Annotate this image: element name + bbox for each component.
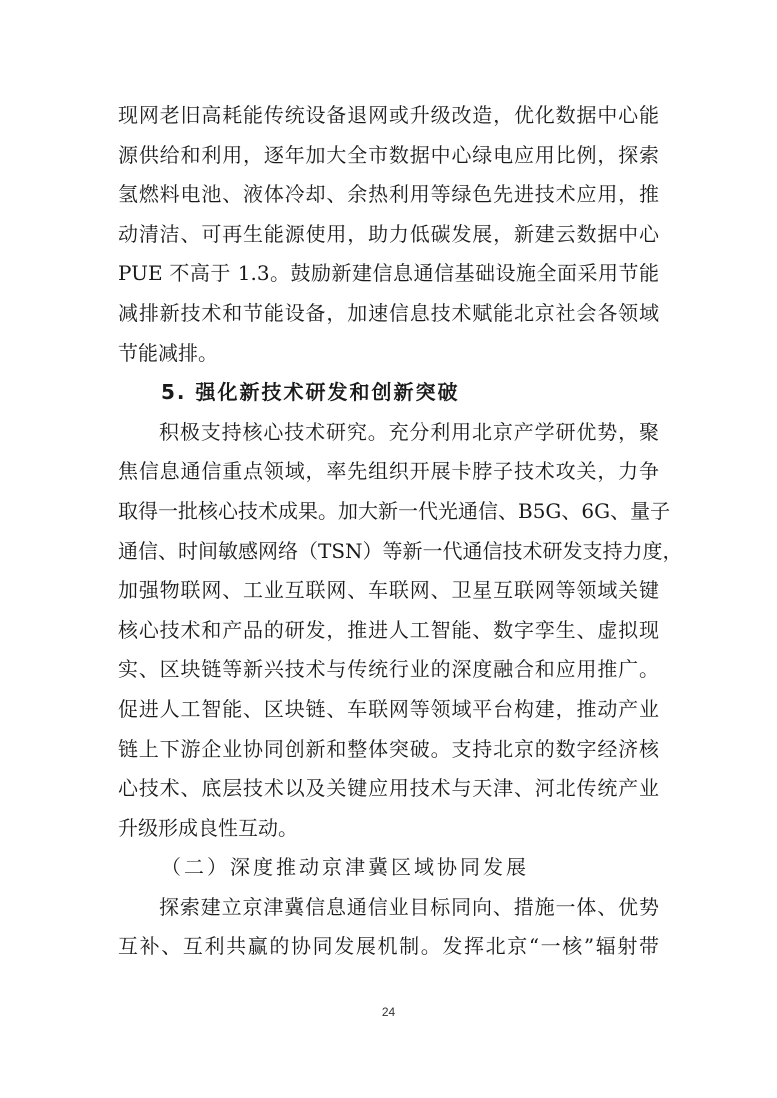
document-page: 现网老旧高耗能传统设备退网或升级改造，优化数据中心能 源供给和利用，逐年加大全市…: [0, 0, 777, 1098]
paragraph-line: 焦信息通信重点领域，率先组织开展卡脖子技术攻关，力争: [118, 452, 659, 492]
section-subheading: （二）深度推动京津冀区域协同发展: [118, 848, 659, 888]
paragraph-line: 探索建立京津冀信息通信业目标同向、措施一体、优势: [118, 888, 659, 928]
page-number: 24: [0, 1005, 777, 1019]
paragraph-line: 升级形成良性互动。: [118, 809, 659, 849]
paragraph-line: 核心技术和产品的研发，推进人工智能、数字孪生、虚拟现: [118, 611, 659, 651]
paragraph-line: 现网老旧高耗能传统设备退网或升级改造，优化数据中心能: [118, 96, 659, 136]
paragraph-line: 加强物联网、工业互联网、车联网、卫星互联网等领域关键: [118, 571, 659, 611]
paragraph-line: 实、区块链等新兴技术与传统行业的深度融合和应用推广。: [118, 650, 659, 690]
paragraph-line: 节能减排。: [118, 334, 659, 374]
paragraph-line: 减排新技术和节能设备，加速信息技术赋能北京社会各领域: [118, 294, 659, 334]
paragraph-line: PUE 不高于 1.3。鼓励新建信息通信基础设施全面采用节能: [118, 254, 659, 294]
paragraph-line: 源供给和利用，逐年加大全市数据中心绿电应用比例，探索: [118, 136, 659, 176]
paragraph-line: 取得一批核心技术成果。加大新一代光通信、B5G、6G、量子: [118, 492, 659, 532]
paragraph-line: 动清洁、可再生能源使用，助力低碳发展，新建云数据中心: [118, 215, 659, 255]
paragraph-line: 链上下游企业协同创新和整体突破。支持北京的数字经济核: [118, 730, 659, 770]
paragraph-line: 积极支持核心技术研究。充分利用北京产学研优势，聚: [118, 413, 659, 453]
body-text: 现网老旧高耗能传统设备退网或升级改造，优化数据中心能 源供给和利用，逐年加大全市…: [118, 96, 659, 967]
paragraph-line: 心技术、底层技术以及关键应用技术与天津、河北传统产业: [118, 769, 659, 809]
paragraph-line: 促进人工智能、区块链、车联网等领域平台构建，推动产业: [118, 690, 659, 730]
paragraph-line: 互补、互利共赢的协同发展机制。发挥北京“一核”辐射带: [118, 927, 659, 967]
section-heading: 5. 强化新技术研发和创新突破: [118, 373, 659, 413]
paragraph-line: 氢燃料电池、液体冷却、余热利用等绿色先进技术应用，推: [118, 175, 659, 215]
paragraph-line: 通信、时间敏感网络（TSN）等新一代通信技术研发支持力度，: [118, 532, 659, 572]
